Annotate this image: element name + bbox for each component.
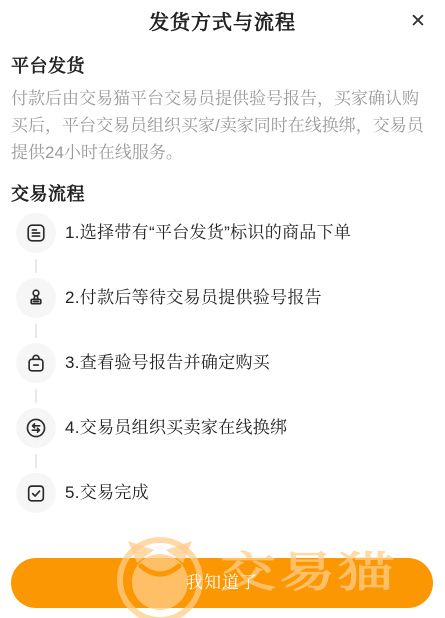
process-step-block: 5.交易完成 <box>16 473 434 513</box>
document-icon <box>16 213 56 253</box>
process-step-list: 1.选择带有“平台发货”标识的商品下单 2.付款后等待交易员提供验号报告 3.查… <box>11 213 434 513</box>
process-step-block: 2.付款后等待交易员提供验号报告 <box>16 278 434 338</box>
shipping-method-modal: 发货方式与流程 ✕ 平台发货 付款后由交易猫平台交易员提供验号报告，买家确认购买… <box>0 0 445 618</box>
confirm-button[interactable] <box>11 558 433 608</box>
step-connector-line <box>35 389 37 403</box>
process-step: 1.选择带有“平台发货”标识的商品下单 <box>16 213 434 253</box>
transaction-process-heading: 交易流程 <box>11 182 434 206</box>
process-step: 5.交易完成 <box>16 473 434 513</box>
bag-icon <box>16 343 56 383</box>
process-step: 4.交易员组织买卖家在线换绑 <box>16 408 434 448</box>
process-step-block: 1.选择带有“平台发货”标识的商品下单 <box>16 213 434 273</box>
process-step: 3.查看验号报告并确定购买 <box>16 343 434 383</box>
close-icon[interactable]: ✕ <box>402 6 434 38</box>
step-label: 5.交易完成 <box>65 481 149 505</box>
step-label: 1.选择带有“平台发货”标识的商品下单 <box>65 221 351 245</box>
modal-header: 发货方式与流程 ✕ <box>11 0 434 34</box>
step-label: 4.交易员组织买卖家在线换绑 <box>65 416 287 440</box>
process-step: 2.付款后等待交易员提供验号报告 <box>16 278 434 318</box>
modal-footer: 交易猫 我知道了 <box>0 533 445 618</box>
step-connector-line <box>35 454 37 468</box>
process-step-block: 4.交易员组织买卖家在线换绑 <box>16 408 434 468</box>
stamp-icon <box>16 278 56 318</box>
process-step-block: 3.查看验号报告并确定购买 <box>16 343 434 403</box>
platform-shipping-description: 付款后由交易猫平台交易员提供验号报告，买家确认购买后，平台交易员组织买家/卖家同… <box>11 85 434 166</box>
step-connector-line <box>35 259 37 273</box>
modal-title: 发货方式与流程 <box>11 12 434 34</box>
swap-icon <box>16 408 56 448</box>
step-label: 3.查看验号报告并确定购买 <box>65 351 270 375</box>
step-label: 2.付款后等待交易员提供验号报告 <box>65 286 322 310</box>
step-connector-line <box>35 324 37 338</box>
platform-shipping-heading: 平台发货 <box>11 54 434 78</box>
check-icon <box>16 473 56 513</box>
